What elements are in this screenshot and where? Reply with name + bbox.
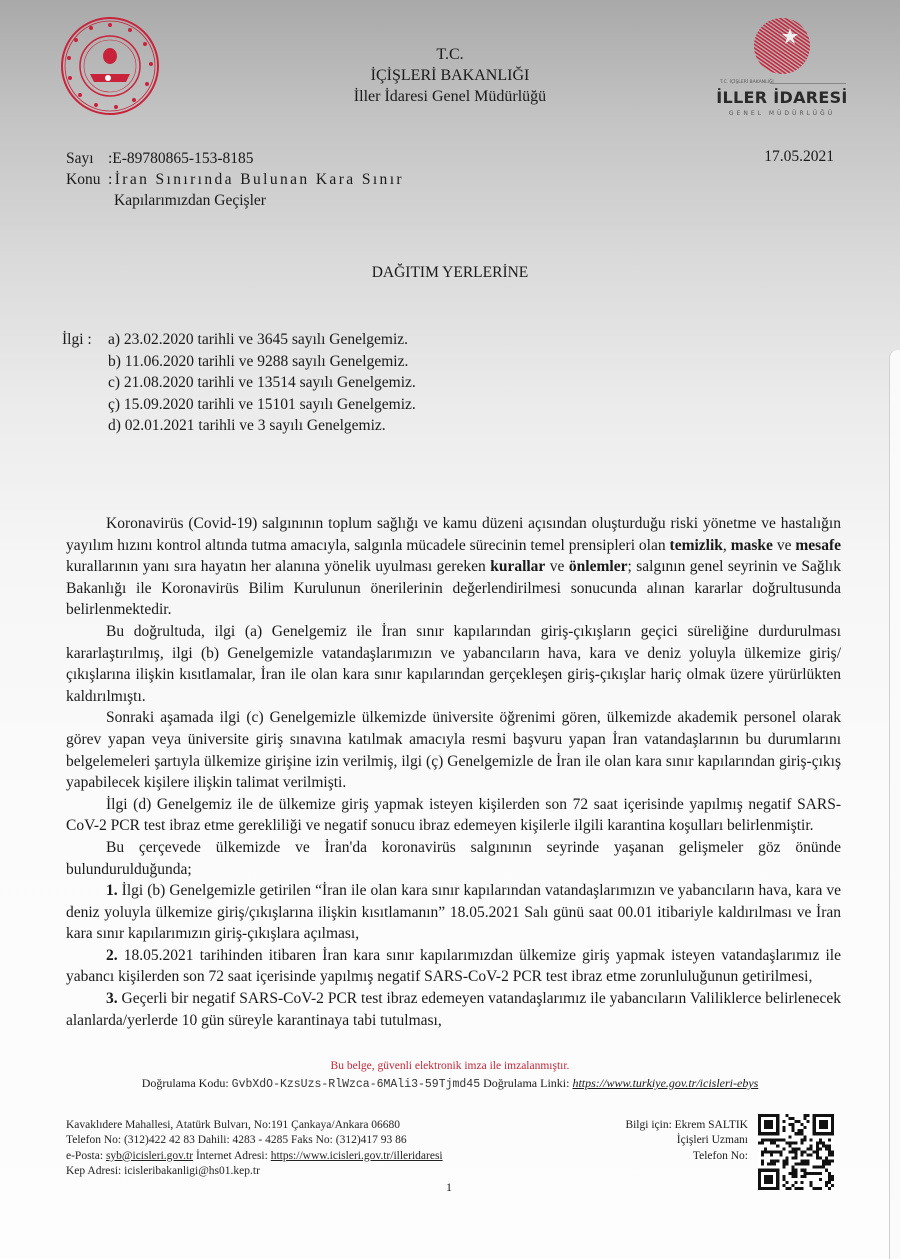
decision-item-3: 3. Geçerli bir negatif SARS-CoV-2 PCR te…: [66, 988, 841, 1031]
email-link[interactable]: syb@icisleri.gov.tr: [106, 1150, 193, 1162]
verification-line: Doğrulama Kodu: GvbXdO-KzsUzs-RlWzca-6MA…: [0, 1076, 900, 1091]
decision-item-2: 2. 18.05.2021 tarihinden itibaren İran k…: [66, 945, 841, 988]
contact-info: Bilgi için: Ekrem SALTIK İçişleri Uzmanı…: [600, 1118, 748, 1164]
verification-code-label: Doğrulama Kodu:: [142, 1076, 229, 1090]
distribution-heading: DAĞITIM YERLERİNE: [0, 264, 900, 282]
references-list: İlgi :a) 23.02.2020 tarihli ve 3645 sayı…: [62, 329, 416, 437]
paragraph-3: Sonraki aşamada ilgi (c) Genelgemizle ül…: [66, 707, 841, 793]
footer-phone: Telefon No: (312)422 42 83 Dahili: 4283 …: [66, 1133, 443, 1148]
footer-kep: Kep Adresi: icisleribakanligi@hs01.kep.t…: [66, 1164, 443, 1179]
references-label: İlgi :: [62, 329, 108, 351]
verification-link[interactable]: https://www.turkiye.gov.tr/icisleri-ebys: [572, 1076, 758, 1090]
konu-row: Konu:İran Sınırında Bulunan Kara Sınır: [66, 169, 404, 190]
sayi-value: :E-89780865-153-8185: [108, 150, 254, 167]
verification-code: GvbXdO-KzsUzs-RlWzca-6MAli3-59Tjmd45: [232, 1078, 480, 1091]
footer-contacts: e-Posta: syb@icisleri.gov.tr İnternet Ad…: [66, 1149, 443, 1164]
paragraph-5: Bu çerçevede ülkemizde ve İran'da korona…: [66, 837, 841, 880]
sayi-row: Sayı:E-89780865-153-8185: [66, 148, 404, 169]
document-date: 17.05.2021: [764, 148, 834, 166]
konu-label: Konu: [66, 169, 108, 190]
konu-value: :İran Sınırında Bulunan Kara Sınır: [108, 171, 404, 188]
document-meta: Sayı:E-89780865-153-8185 Konu:İran Sınır…: [66, 148, 404, 211]
document-page: T.C. İÇİŞLERİ BAKANLIĞI İller İdaresi Ge…: [0, 0, 900, 1259]
verification-link-label: Doğrulama Linki:: [483, 1076, 569, 1090]
document-body: Koronavirüs (Covid-19) salgınının toplum…: [66, 513, 841, 1031]
scrollbar[interactable]: [889, 350, 900, 1259]
decision-item-1: 1. İlgi (b) Genelgemizle getirilen “İran…: [66, 880, 841, 945]
website-link[interactable]: https://www.icisleri.gov.tr/illeridaresi: [271, 1150, 443, 1162]
iller-idaresi-logo: T.C. İÇİŞLERİ BAKANLIĞI İLLER İDARESİ GE…: [712, 16, 852, 120]
reference-item: ç) 15.09.2020 tarihli ve 15101 sayılı Ge…: [62, 394, 416, 416]
footer-address-block: Kavaklıdere Mahallesi, Atatürk Bulvarı, …: [66, 1118, 443, 1179]
paragraph-1: Koronavirüs (Covid-19) salgınının toplum…: [66, 513, 841, 621]
e-signature-notice: Bu belge, güvenli elektronik imza ile im…: [0, 1060, 900, 1072]
logo-brand: İLLER İDARESİ: [712, 88, 852, 107]
qr-code-icon: [758, 1114, 834, 1190]
reference-item: d) 02.01.2021 tarihli ve 3 sayılı Genelg…: [62, 415, 416, 437]
crescent-star-icon: [752, 16, 812, 78]
logo-small-text: T.C. İÇİŞLERİ BAKANLIĞI: [720, 80, 774, 85]
reference-item: b) 11.06.2020 tarihli ve 9288 sayılı Gen…: [62, 351, 416, 373]
footer-address: Kavaklıdere Mahallesi, Atatürk Bulvarı, …: [66, 1118, 443, 1133]
reference-item: İlgi :a) 23.02.2020 tarihli ve 3645 sayı…: [62, 329, 416, 351]
sayi-label: Sayı: [66, 148, 108, 169]
konu-value-line2: Kapılarımızdan Geçişler: [66, 190, 404, 211]
paragraph-2: Bu doğrultuda, ilgi (a) Genelgemiz ile İ…: [66, 621, 841, 707]
logo-sub: GENEL MÜDÜRLÜĞÜ: [712, 110, 852, 117]
page-number: 1: [446, 1180, 452, 1195]
paragraph-4: İlgi (d) Genelgemiz ile de ülkemize giri…: [66, 794, 841, 837]
reference-item: c) 21.08.2020 tarihli ve 13514 sayılı Ge…: [62, 372, 416, 394]
